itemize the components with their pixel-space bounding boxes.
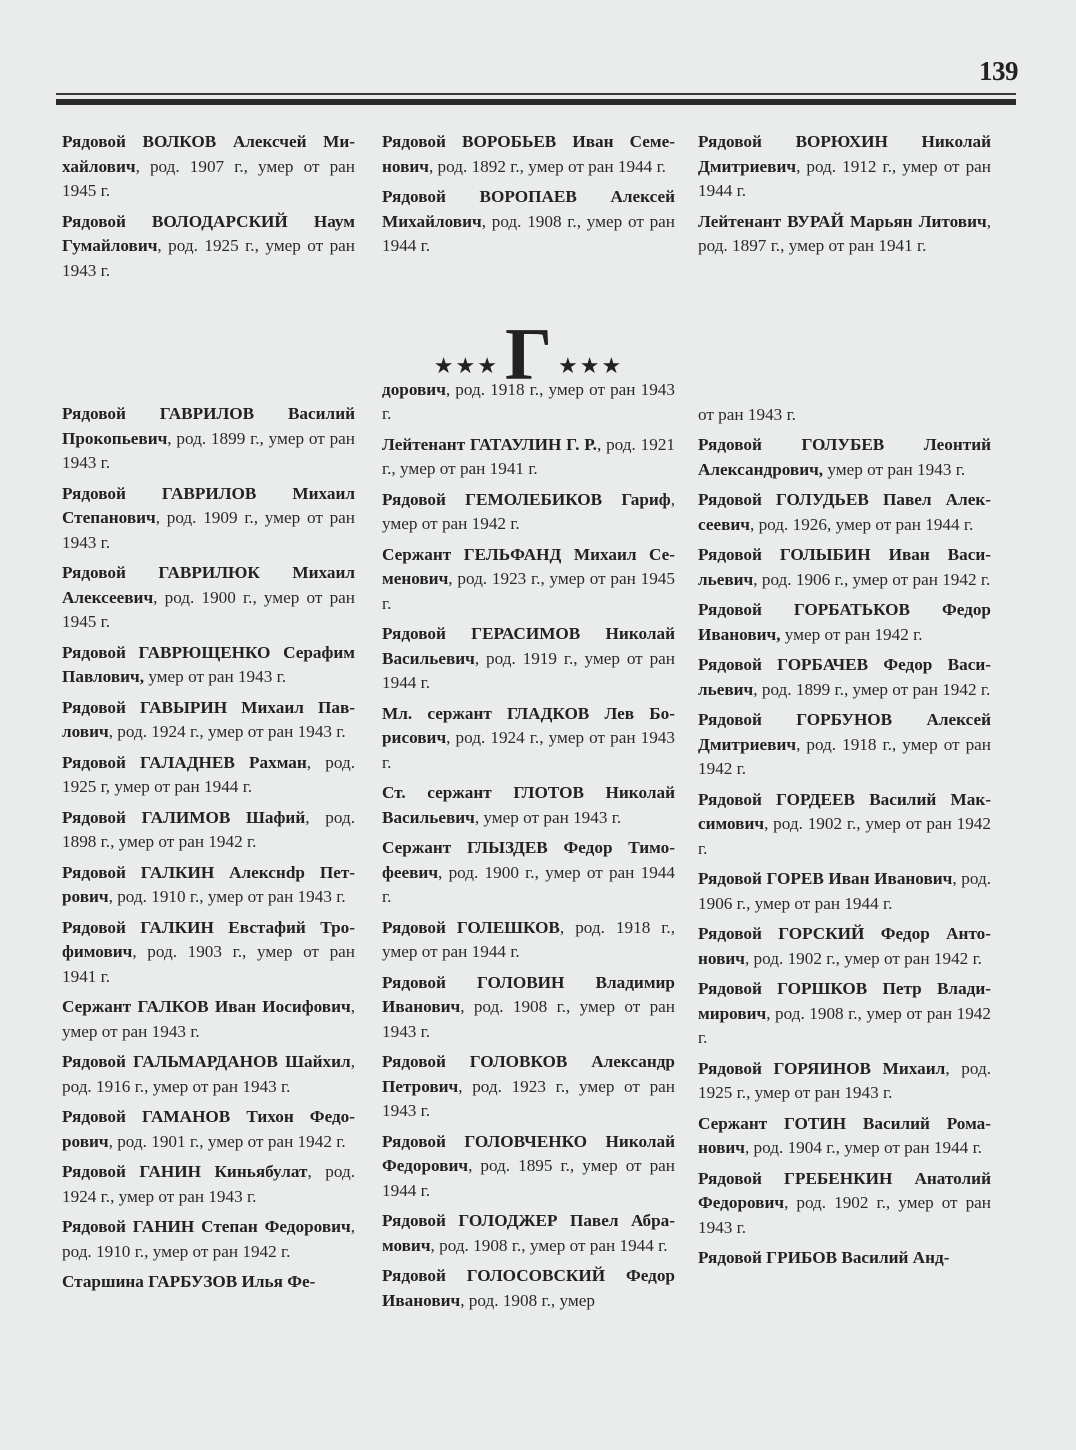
entry-details: , род. 1906 г., умер от ран 1942 г. <box>753 570 990 589</box>
entry: Рядовой ВОРОПАЕВ Алексей Михайлович, род… <box>382 185 675 259</box>
entry: Рядовой ГОРЕВ Иван Иванович, род. 1906 г… <box>698 867 991 916</box>
entry-details: , умер от ран 1943 г. <box>475 808 621 827</box>
entry-details: , род. 1901 г., умер от ран 1942 г. <box>109 1132 346 1151</box>
column-3: Рядовой ВОРЮХИН Николай Дмитриевич, род.… <box>698 130 991 1277</box>
entry: Рядовой ГОРБАТЬКОВ Федор Иванович, умер … <box>698 598 991 647</box>
header-rule-thick <box>56 99 1016 105</box>
entry: Лейтенант ГАТАУЛИН Г. Р., род. 1921 г., … <box>382 433 675 482</box>
entry: Рядовой ГРЕБЕНКИН Анатолий Федорович, ро… <box>698 1167 991 1241</box>
entry-name: Рядовой ГОРЕВ Иван Иванович <box>698 869 952 888</box>
entry: Рядовой ГОЛОВКОВ Александр Петрович, род… <box>382 1050 675 1124</box>
entry-details: , род. 1908 г., умер <box>460 1291 595 1310</box>
entry: от ран 1943 г. <box>698 403 991 428</box>
entry-details: умер от ран 1942 г. <box>781 625 923 644</box>
entry: Рядовой ГАВРИЛОВ Михаил Степанович, род.… <box>62 482 355 556</box>
entry-details: , род. 1926, умер от ран 1944 г. <box>750 515 973 534</box>
entry: Рядовой ВОРЮХИН Николай Дмитриевич, род.… <box>698 130 991 204</box>
entry-name: Сержант ГАЛКОВ Иван Иосифо­вич <box>62 997 351 1016</box>
entry-name: Рядовой ГАНИН Степан Федоро­вич <box>62 1217 351 1236</box>
entry: Рядовой ВОЛОДАРСКИЙ Наум Гумайлович, род… <box>62 210 355 284</box>
entry: Сержант ГЕЛЬФАНД Михаил Се­менович, род.… <box>382 543 675 617</box>
entry-name: Рядовой ГАЛЬМАРДАНОВ Шай­хил <box>62 1052 351 1071</box>
entry: Рядовой ВОЛКОВ Алексчей Ми­хайлович, род… <box>62 130 355 204</box>
entry: Ст. сержант ГЛОТОВ Николай Васильевич, у… <box>382 781 675 830</box>
entry-name: Рядовой ГАЛАДНЕВ Рахман <box>62 753 307 772</box>
entry: Рядовой ГОЛУДЬЕВ Павел Алек­сеевич, род.… <box>698 488 991 537</box>
entry: Рядовой ГОРШКОВ Петр Влади­мирович, род.… <box>698 977 991 1051</box>
entry: Мл. сержант ГЛАДКОВ Лев Бо­рисович, род.… <box>382 702 675 776</box>
entry-name: Рядовой ГАЛИМОВ Шафий <box>62 808 305 827</box>
entry: Рядовой ГОЛОВЧЕНКО Николай Федорович, ро… <box>382 1130 675 1204</box>
entry-details: , род. 1899 г., умер от ран 1942 г. <box>753 680 990 699</box>
entry: Рядовой ГОЛОВИН Владимир Иванович, род. … <box>382 971 675 1045</box>
entry-name: Рядовой ГАНИН Киньябулат <box>62 1162 307 1181</box>
entry: Рядовой ГОЛУБЕВ Леонтий Александрович, у… <box>698 433 991 482</box>
entry: Лейтенант ВУРАЙ Марьян Лито­вич, род. 18… <box>698 210 991 259</box>
entry: Рядовой ГАЛАДНЕВ Рахман, род. 1925 г, ум… <box>62 751 355 800</box>
entry-name: Лейтенант ГАТАУЛИН Г. Р. <box>382 435 597 454</box>
entry: Рядовой ГАВРИЛОВ Василий Прокопьевич, ро… <box>62 402 355 476</box>
entry: Рядовой ГЕМОЛЕБИКОВ Гариф, умер от ран 1… <box>382 488 675 537</box>
entry: Рядовой ГОЛЕШКОВ, род. 1918 г., умер от … <box>382 916 675 965</box>
entry: Рядовой ГРИБОВ Василий Анд- <box>698 1246 991 1271</box>
entry: Рядовой ГОРЯИНОВ Михаил, род. 1925 г., у… <box>698 1057 991 1106</box>
entry: Рядовой ГОРСКИЙ Федор Анто­нович, род. 1… <box>698 922 991 971</box>
entry: Рядовой ГОЛОСОВСКИЙ Фе­дор Иванович, род… <box>382 1264 675 1313</box>
entry-details: умер от ран 1943 г. <box>823 460 965 479</box>
entry: Рядовой ГЕРАСИМОВ Николай Васильевич, ро… <box>382 622 675 696</box>
section-gap <box>382 265 675 378</box>
section-gap <box>698 265 991 403</box>
entry: Рядовой ГАЛИМОВ Шафий, род. 1898 г., уме… <box>62 806 355 855</box>
entry: Старшина ГАРБУЗОВ Илья Фе- <box>62 1270 355 1295</box>
entry-name: Старшина ГАРБУЗОВ Илья Фе- <box>62 1272 315 1291</box>
entry: Рядовой ГОРБУНОВ Алексей Дмитриевич, род… <box>698 708 991 782</box>
entry-name: дорович <box>382 380 446 399</box>
section-gap <box>62 289 355 402</box>
entry-details: , род. 1902 г., умер от ран 1942 г. <box>745 949 982 968</box>
entry: Рядовой ГОЛЫБИН Иван Васи­льевич, род. 1… <box>698 543 991 592</box>
entry-details: , род. 1904 г., умер от ран 1944 г. <box>745 1138 982 1157</box>
entry-details: умер от ран 1943 г. <box>144 667 286 686</box>
entry-name: Рядовой ГЕМОЛЕБИКОВ Гариф <box>382 490 671 509</box>
entry: Рядовой ГАВЫРИН Михаил Пав­лович, род. 1… <box>62 696 355 745</box>
entry: дорович, род. 1918 г., умер от ран 1943 … <box>382 378 675 427</box>
entry: Рядовой ГАНИН Киньябулат, род. 1924 г., … <box>62 1160 355 1209</box>
entry: Сержант ГЛЫЗДЕВ Федор Тимо­феевич, род. … <box>382 836 675 910</box>
entry: Рядовой ГАЛКИН Алекснdр Пет­рович, род. … <box>62 861 355 910</box>
entry-details: , род. 1908 г., умер от ран 1944 г. <box>431 1236 668 1255</box>
entry: Рядовой ГОРДЕЕВ Василий Мак­симович, род… <box>698 788 991 862</box>
column-1: Рядовой ВОЛКОВ Алексчей Ми­хайлович, род… <box>62 130 355 1301</box>
entry: Рядовой ГАНИН Степан Федоро­вич, род. 19… <box>62 1215 355 1264</box>
entry: Рядовой ГАЛЬМАРДАНОВ Шай­хил, род. 1916 … <box>62 1050 355 1099</box>
entry: Рядовой ГОЛОДЖЕР Павел Абра­мович, род. … <box>382 1209 675 1258</box>
entry: Рядовой ГАМАНОВ Тихон Федо­рович, род. 1… <box>62 1105 355 1154</box>
entry-name: Рядовой ГОРЯИНОВ Михаил <box>698 1059 945 1078</box>
entry-name: Рядовой ГРИБОВ Василий Анд- <box>698 1248 949 1267</box>
entry: Рядовой ВОРОБЬЕВ Иван Семе­нович, род. 1… <box>382 130 675 179</box>
entry-name: Рядовой ГОЛЕШКОВ <box>382 918 560 937</box>
page-number: 139 <box>979 56 1018 87</box>
header-rule-thin <box>56 93 1016 95</box>
entry: Рядовой ГАЛКИН Евстафий Тро­фимович, род… <box>62 916 355 990</box>
entry: Рядовой ГАВРИЛЮК Михаил Алексеевич, род.… <box>62 561 355 635</box>
entry-details: , род. 1910 г., умер от ран 1943 г. <box>109 887 346 906</box>
entry: Сержант ГАЛКОВ Иван Иосифо­вич, умер от … <box>62 995 355 1044</box>
entry-details: , род. 1924 г., умер от ран 1943 г. <box>109 722 346 741</box>
entry: Рядовой ГОРБАЧЕВ Федор Васи­льевич, род.… <box>698 653 991 702</box>
column-2: Рядовой ВОРОБЬЕВ Иван Семе­нович, род. 1… <box>382 130 675 1319</box>
entry-details: от ран 1943 г. <box>698 405 796 424</box>
entry: Рядовой ГАВРЮЩЕНКО Сера­фим Павлович, ум… <box>62 641 355 690</box>
entry-details: , род. 1892 г., умер от ран 1944 г. <box>429 157 666 176</box>
entry: Сержант ГОТИН Василий Рома­нович, род. 1… <box>698 1112 991 1161</box>
entry-name: Лейтенант ВУРАЙ Марьян Лито­вич <box>698 212 987 231</box>
